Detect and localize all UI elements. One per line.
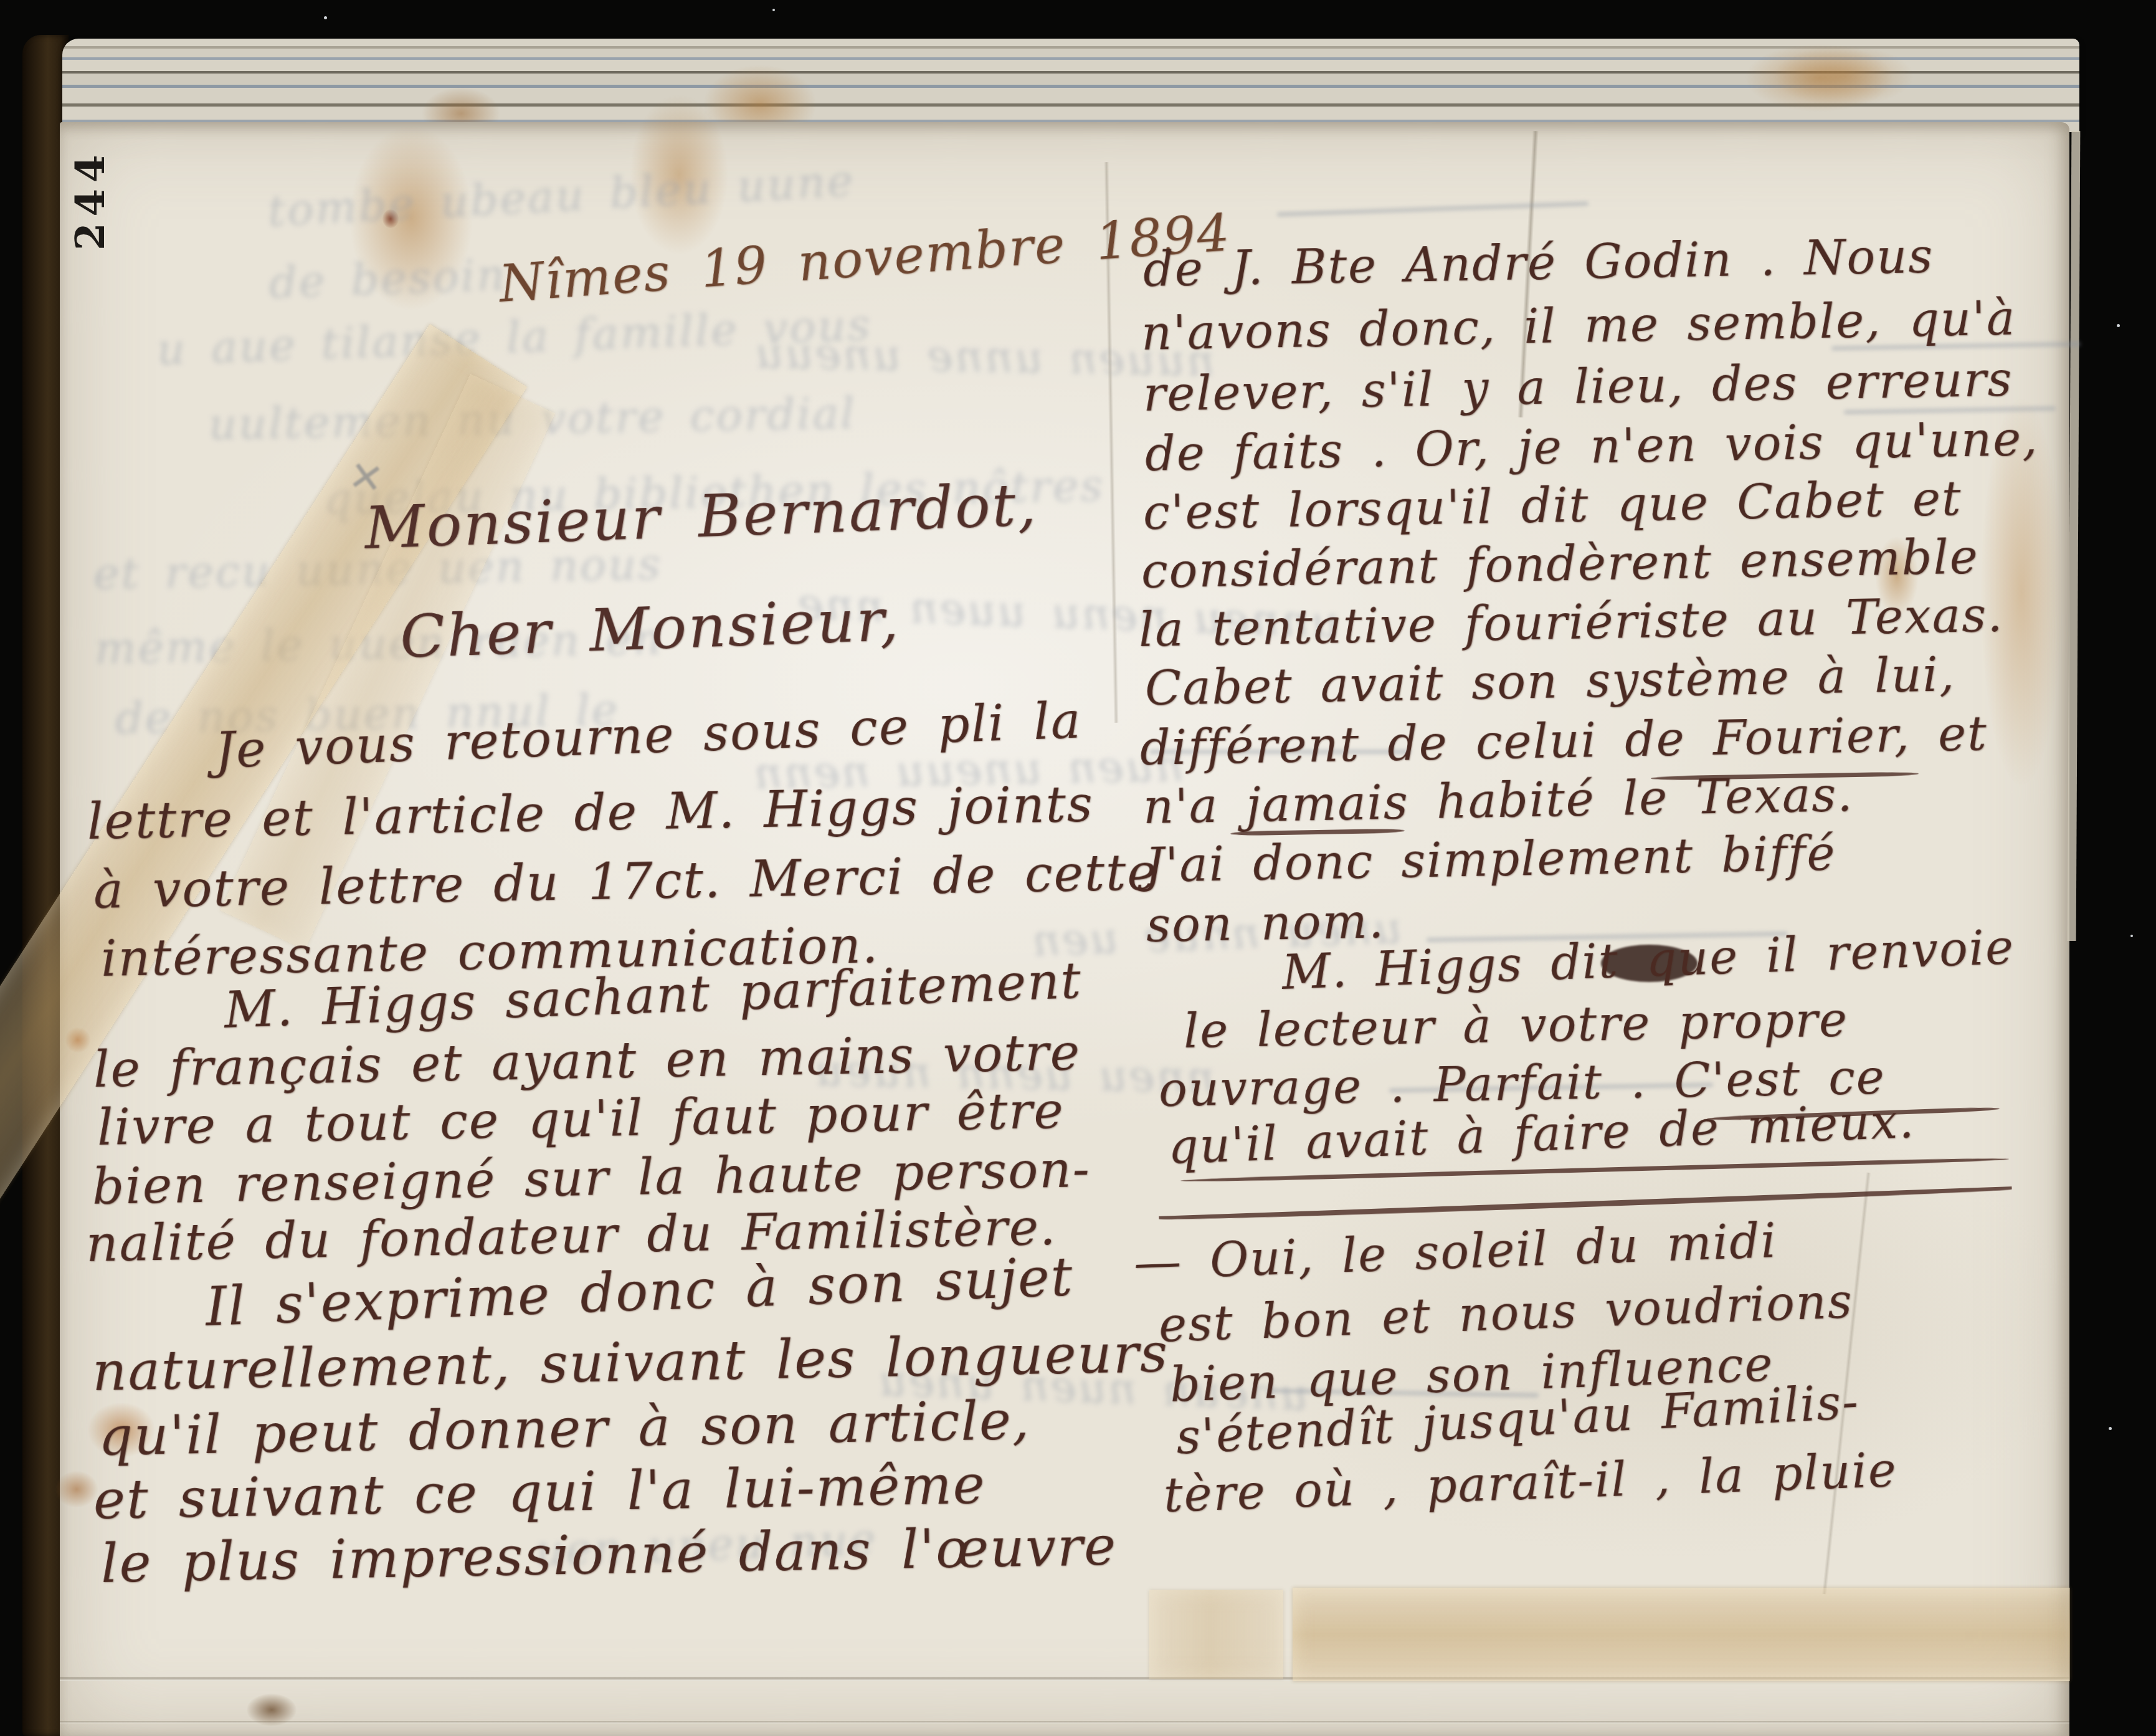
handwriting-layer: 244 ✕ Nîmes 19 novembre 1894 Monsieur Be…: [0, 0, 2156, 1736]
handwriting-line-right: n'avons donc, il me semble, qu'à: [1141, 290, 2016, 360]
handwriting-line-left: à votre lettre du 17ct. Merci de cette: [93, 843, 1158, 920]
handwriting-line-right: la tentative fouriériste au Texas.: [1138, 587, 2004, 657]
handwriting-line-right: M. Higgs dit que il renvoie: [1281, 919, 2015, 1000]
handwriting-line-right: de J. Bte André Godin . Nous: [1142, 228, 1934, 297]
handwriting-line-left: lettre et l'article de M. Higgs joints: [87, 775, 1094, 851]
handwriting-line-right: Cabet avait son système à lui,: [1144, 646, 1955, 716]
handwriting-line-right: relever, s'il y a lieu, des erreurs: [1142, 351, 2013, 422]
dateline: Nîmes 19 novembre 1894: [497, 204, 1232, 314]
handwriting-line-right: le lecteur à votre propre: [1183, 991, 1849, 1059]
handwriting-line-right: n'a jamais habité le Texas.: [1142, 766, 1854, 834]
recipient-line: Monsieur Bernardot,: [363, 471, 1038, 563]
handwriting-line-right: c'est lorsqu'il dit que Cabet et: [1142, 470, 1962, 540]
handwriting-line-left: Je vous retourne sous ce pli la: [214, 691, 1082, 780]
scanned-letter-page: tombe ubeau bleu uunede besoinu aue tila…: [0, 0, 2156, 1736]
page-number: 244: [67, 148, 114, 250]
salutation-line: Cher Monsieur,: [399, 586, 901, 672]
flourish-underline: [1159, 1186, 2011, 1222]
handwriting-line-right: considérant fondèrent ensemble: [1141, 529, 1979, 599]
handwriting-line-right: J'ai donc simplement biffé: [1144, 826, 1836, 893]
handwriting-line-right: différent de celui de Fourier, et: [1139, 705, 1988, 776]
